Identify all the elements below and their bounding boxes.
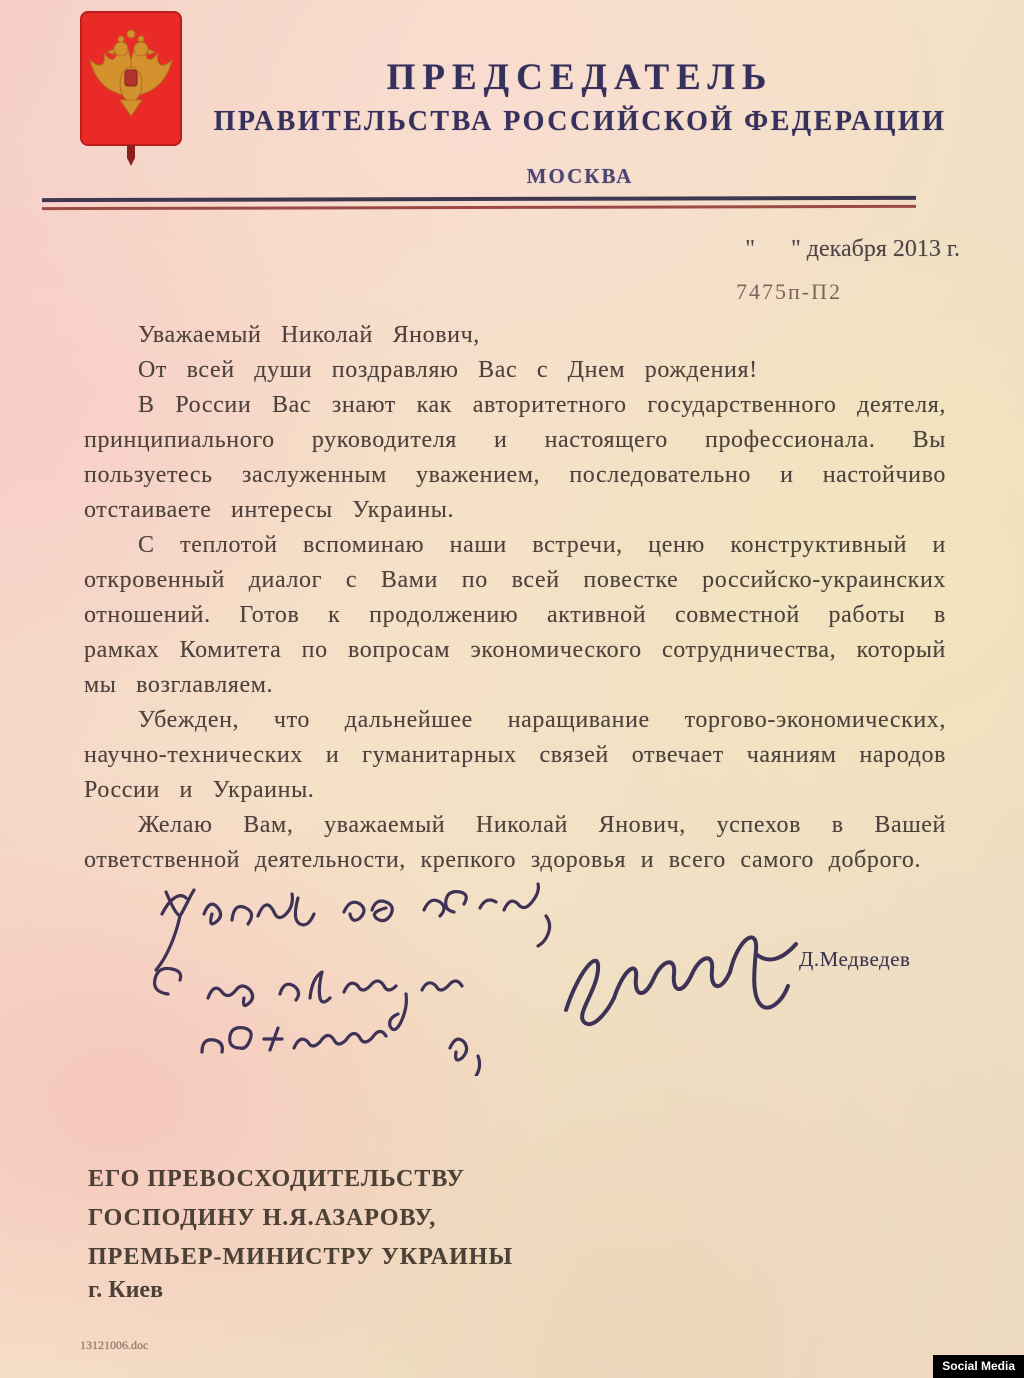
paragraph-wishes: Желаю Вам, уважаемый Николай Янович, усп…: [84, 808, 946, 878]
horizontal-rule-red: [42, 205, 916, 210]
letterhead-city: МОСКВА: [150, 164, 1010, 189]
paragraph-greeting: От всей души поздравляю Вас с Днем рожде…: [84, 353, 946, 388]
addressee-block: ЕГО ПРЕВОСХОДИТЕЛЬСТВУ ГОСПОДИНУ Н.Я.АЗА…: [88, 1160, 513, 1277]
letterhead-title-line1: ПРЕДСЕДАТЕЛЬ: [150, 56, 1010, 99]
letter-body: Уважаемый Николай Янович, От всей души п…: [84, 318, 946, 878]
addressee-line-3: ПРЕМЬЕР-МИНИСТРУ УКРАИНЫ: [88, 1238, 513, 1277]
salutation: Уважаемый Николай Янович,: [84, 318, 946, 353]
paragraph-ties: Убежден, что дальнейшее наращивание торг…: [84, 703, 946, 808]
signature-autograph: [548, 902, 818, 1047]
handwritten-note: [138, 876, 608, 1076]
paragraph-respect: В России Вас знают как авторитетного гос…: [84, 388, 946, 528]
addressee-line-1: ЕГО ПРЕВОСХОДИТЕЛЬСТВУ: [88, 1160, 513, 1199]
horizontal-rule-dark: [42, 196, 916, 202]
date-line: " " декабря 2013 г.: [745, 236, 960, 263]
photo-credit-badge: Social Media: [933, 1355, 1024, 1378]
signatory-name: Д.Медведев: [799, 947, 910, 972]
reference-number: 7475п-П2: [736, 279, 842, 305]
addressee-line-2: ГОСПОДИНУ Н.Я.АЗАРОВУ,: [88, 1199, 513, 1238]
letterhead-title-line2: ПРАВИТЕЛЬСТВА РОССИЙСКОЙ ФЕДЕРАЦИИ: [150, 106, 1010, 138]
addressee-city: г. Киев: [88, 1277, 163, 1304]
letter-photo: ПРЕДСЕДАТЕЛЬ ПРАВИТЕЛЬСТВА РОССИЙСКОЙ ФЕ…: [0, 0, 1024, 1378]
document-file-number: 13121006.doc: [80, 1338, 148, 1353]
paragraph-cooperation: С теплотой вспоминаю наши встречи, ценю …: [84, 528, 946, 703]
